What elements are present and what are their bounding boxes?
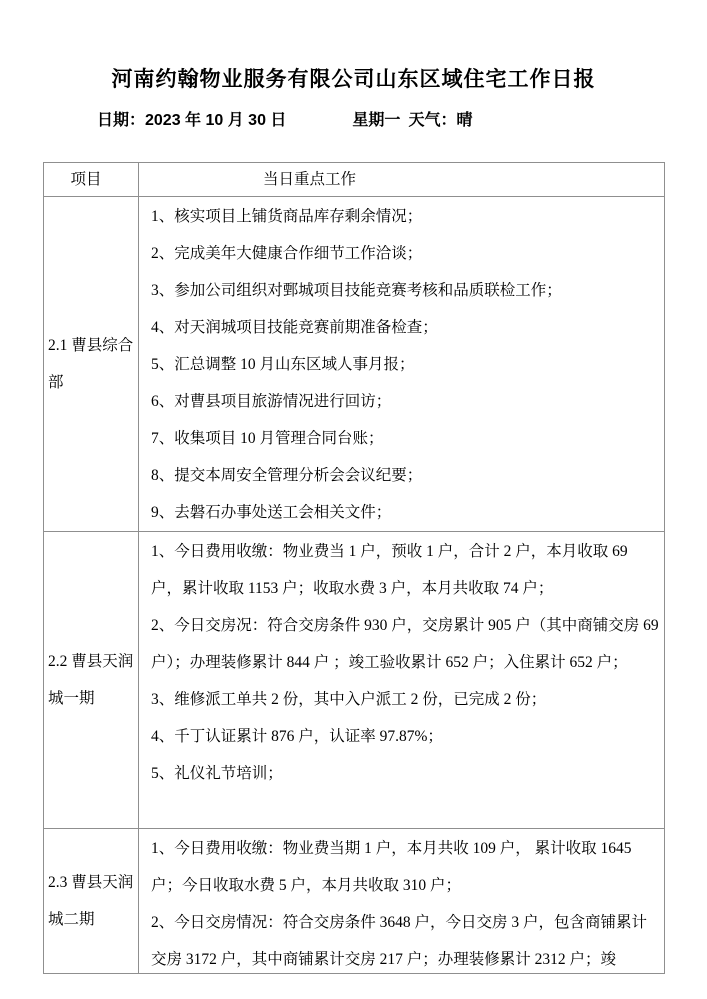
work-report-table: 项目 当日重点工作 2.1 曹县综合部 1、核实项目上铺货商品库存剩余情况； 2… [43,162,665,974]
work-item: 7、收集项目 10 月管理合同台账； [151,420,660,457]
work-item: 3、参加公司组织对鄄城项目技能竞赛考核和品质联检工作； [151,272,660,309]
work-item: 5、礼仪礼节培训； [151,755,660,792]
work-item: 2、今日交房情况：符合交房条件 3648 户，今日交房 3 户，包含商铺累计交房… [151,904,660,973]
weather-value: 天气：晴 [408,112,472,129]
project-cell: 2.2 曹县天润城一期 [44,532,139,828]
project-cell: 2.3 曹县天润城二期 [44,829,139,973]
work-item: 8、提交本周安全管理分析会会议纪要； [151,457,660,494]
page-title: 河南约翰物业服务有限公司山东区域住宅工作日报 [0,64,707,96]
project-label: 2.1 曹县综合部 [48,327,135,401]
work-item: 9、去磐石办事处送工会相关文件； [151,494,660,531]
table-row: 2.3 曹县天润城二期 1、今日费用收缴：物业费当期 1 户，本月共收 109 … [44,829,664,973]
work-item: 6、对曹县项目旅游情况进行回访； [151,383,660,420]
table-header-row: 项目 当日重点工作 [44,163,664,197]
project-cell: 2.1 曹县综合部 [44,197,139,531]
work-item: 2、完成美年大健康合作细节工作洽谈； [151,235,660,272]
work-cell: 1、今日费用收缴：物业费当期 1 户，本月共收 109 户， 累计收取 1645… [139,829,664,973]
date-value: 日期：2023 年 10 月 30 日 [97,112,286,129]
project-label: 2.3 曹县天润城二期 [48,864,135,938]
work-cell: 1、今日费用收缴：物业费当 1 户，预收 1 户，合计 2 户，本月收取 69 … [139,532,664,828]
work-item: 5、汇总调整 10 月山东区域人事月报； [151,346,660,383]
work-item: 4、对天润城项目技能竞赛前期准备检查； [151,309,660,346]
work-item: 1、核实项目上铺货商品库存剩余情况； [151,198,660,235]
work-item: 2、今日交房况：符合交房条件 930 户，交房累计 905 户（其中商铺交房 6… [151,607,660,681]
project-label: 2.2 曹县天润城一期 [48,643,135,717]
weekday-value: 星期一 [352,112,400,129]
document-page: 河南约翰物业服务有限公司山东区域住宅工作日报 日期：2023 年 10 月 30… [0,0,707,999]
table-row: 2.1 曹县综合部 1、核实项目上铺货商品库存剩余情况； 2、完成美年大健康合作… [44,197,664,532]
work-item: 1、今日费用收缴：物业费当期 1 户，本月共收 109 户， 累计收取 1645… [151,830,660,904]
table-row: 2.2 曹县天润城一期 1、今日费用收缴：物业费当 1 户，预收 1 户，合计 … [44,532,664,829]
column-header-project: 项目 [44,163,139,196]
work-item: 4、千丁认证累计 876 户，认证率 97.87%； [151,718,660,755]
work-item: 3、维修派工单共 2 份，其中入户派工 2 份，已完成 2 份； [151,681,660,718]
date-line: 日期：2023 年 10 月 30 日星期一天气：晴 [97,107,657,135]
work-item: 1、今日费用收缴：物业费当 1 户，预收 1 户，合计 2 户，本月收取 69 … [151,533,660,607]
column-header-work: 当日重点工作 [139,163,664,196]
work-cell: 1、核实项目上铺货商品库存剩余情况； 2、完成美年大健康合作细节工作洽谈； 3、… [139,197,664,531]
